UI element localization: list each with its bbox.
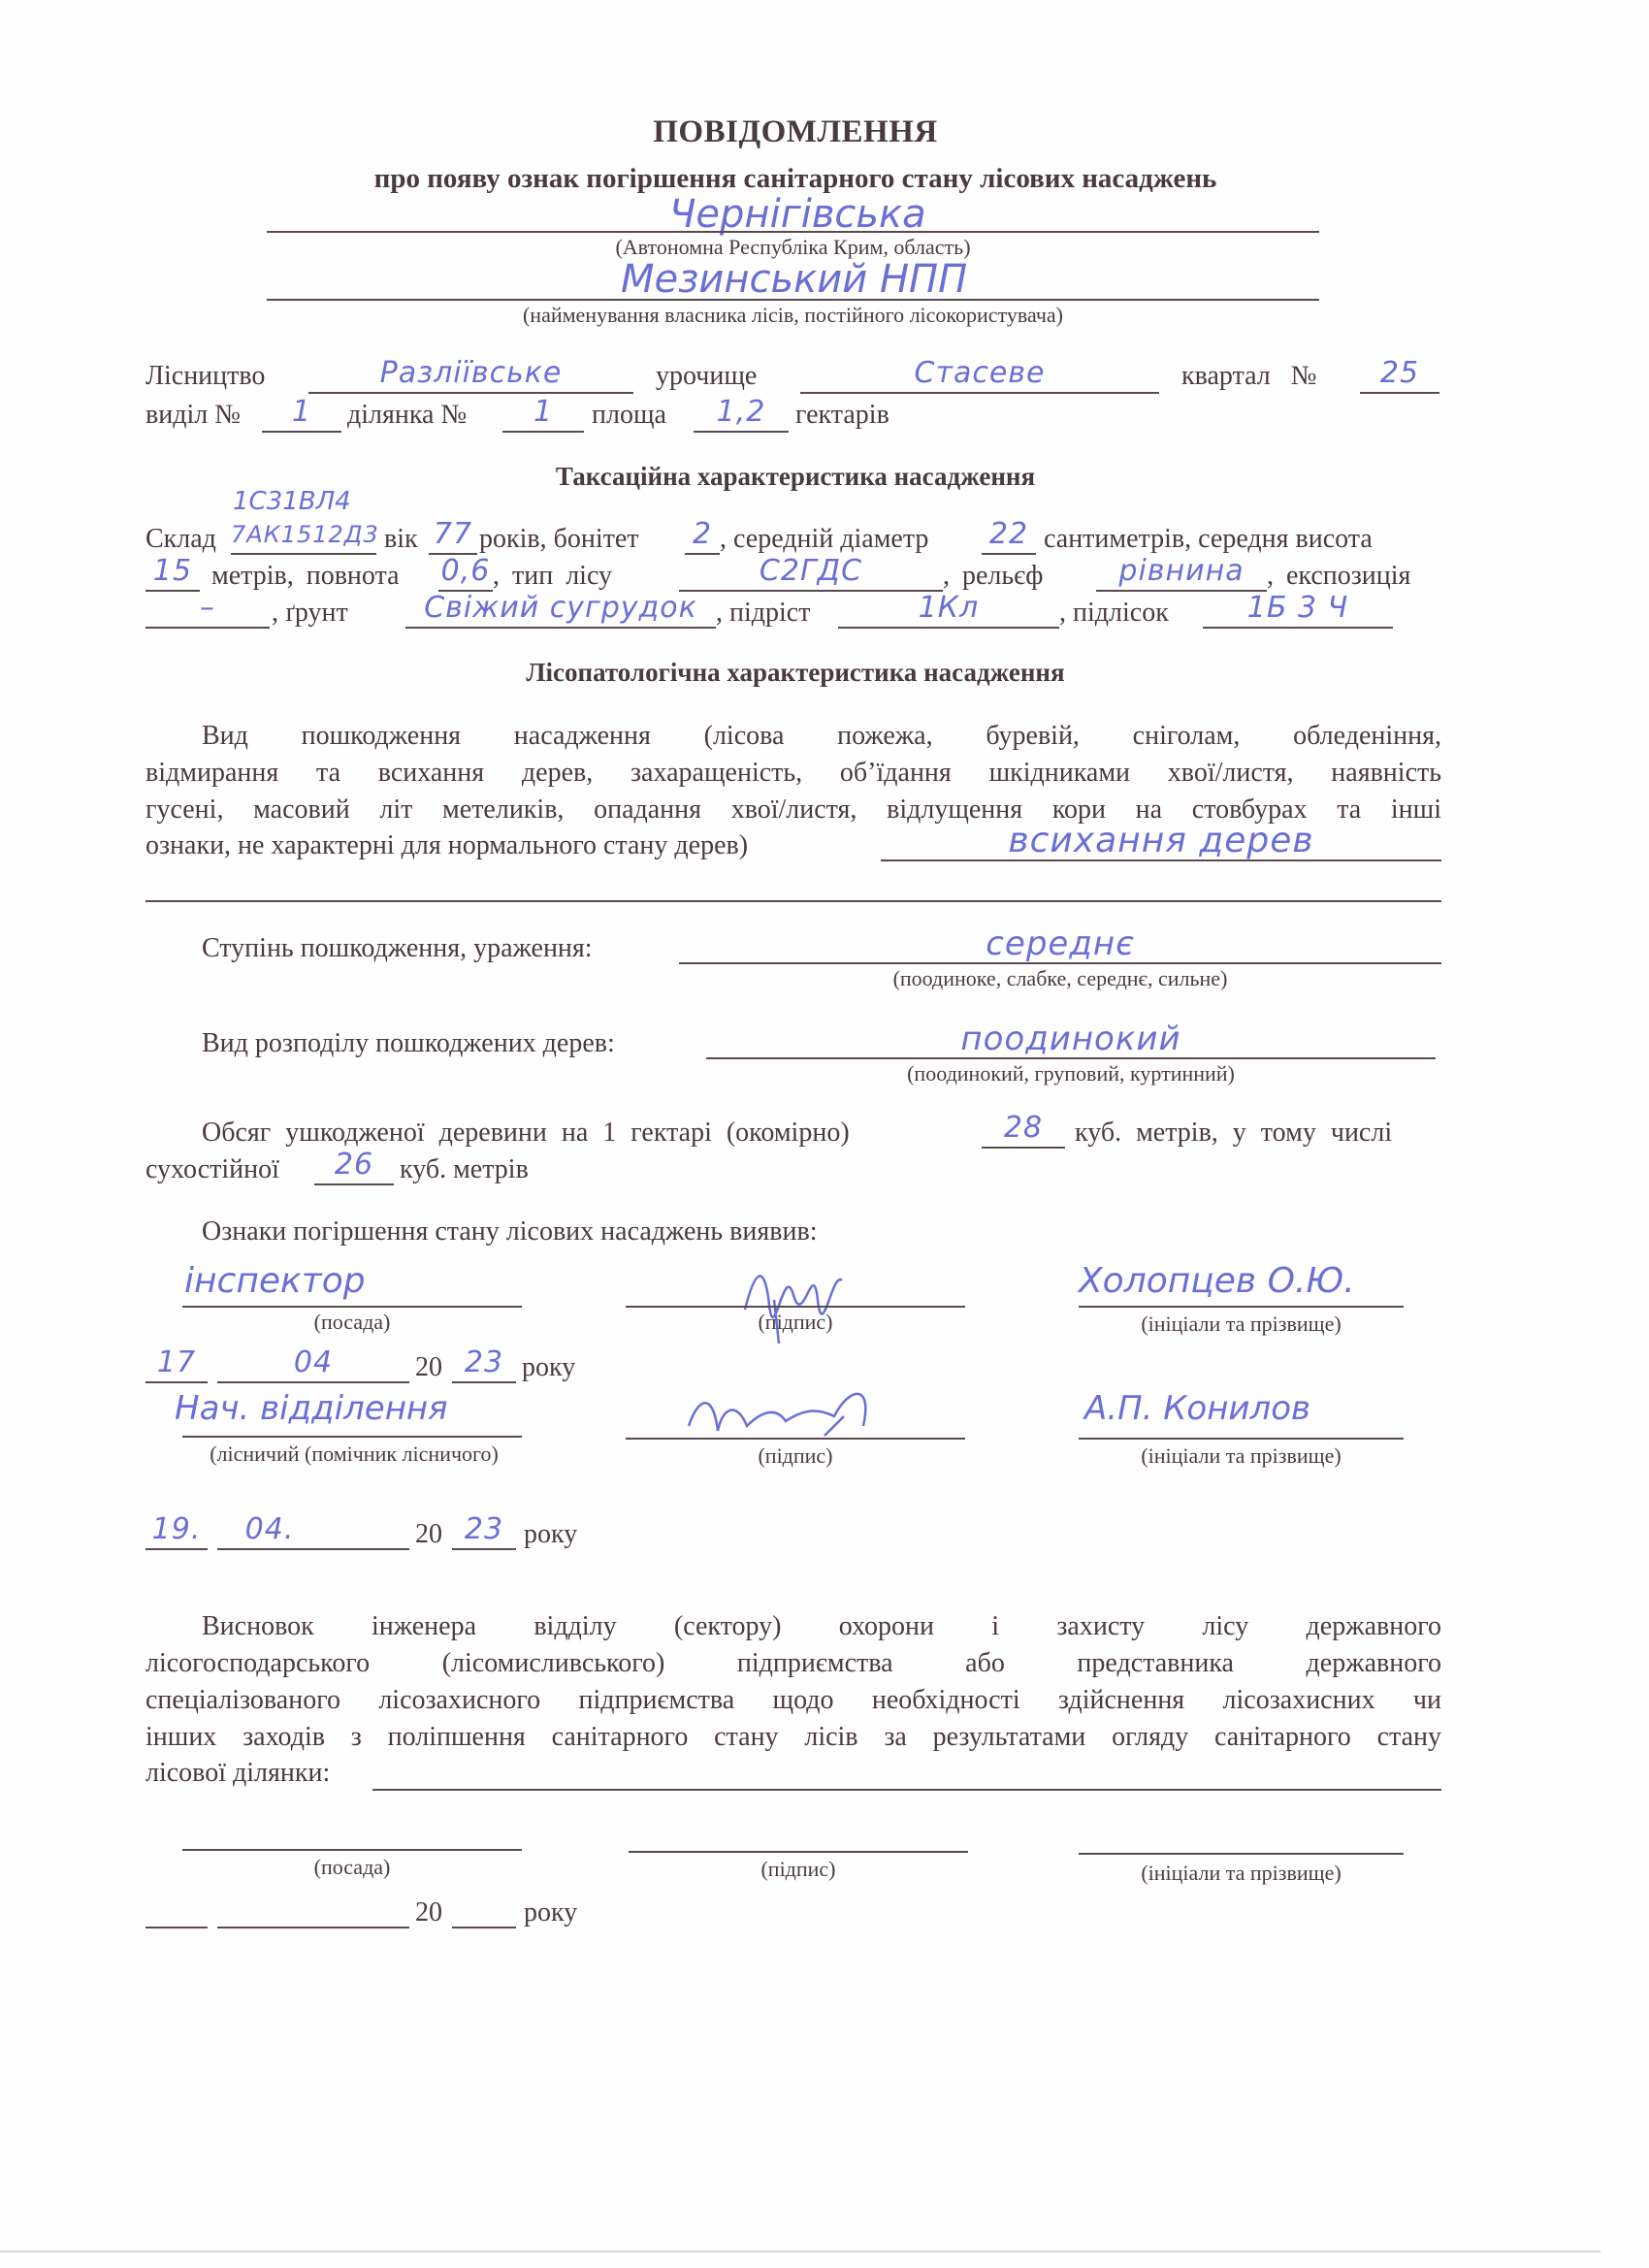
deadwood-label: сухостійної [145,1154,279,1185]
region-line [267,231,1319,233]
distribution-caption: (поодинокий, груповий, куртинний) [706,1061,1436,1086]
conclusion-date-day[interactable] [145,1894,208,1928]
height-value: 15 [153,554,192,588]
damage-type-line-1: Вид пошкодження насадження (лісова пожеж… [145,718,1441,755]
relief-field[interactable]: рівнина [1096,557,1267,592]
deadwood-value: 26 [335,1148,373,1182]
quarter-value: 25 [1380,356,1419,390]
detected-date-year[interactable]: 23 [452,1348,516,1383]
diameter-unit: сантиметрів, середня висота [1044,524,1373,555]
diameter-value: 22 [989,517,1028,551]
soil-label: , ґрунт [272,598,348,629]
damage-degree-label: Ступінь пошкодження, ураження: [202,933,593,964]
conclusion-date-year[interactable] [452,1894,516,1928]
owner-line [267,299,1319,301]
quarter-field[interactable]: 25 [1360,359,1439,394]
detected-signature-caption: (підпис) [626,1310,965,1335]
conclusion-line-2: лісогосподарського (лісомисливського) пі… [145,1645,1441,1682]
age-value: 77 [434,517,472,551]
conclusion-last-line: лісової ділянки: [145,1758,330,1789]
scan-edge-divider [0,2251,1600,2252]
conclusion-date-year-prefix: 20 [415,1897,442,1928]
forest-type-label: , тип лісу [493,561,612,592]
forester-date-year[interactable]: 23 [452,1515,516,1550]
detected-date-day[interactable]: 17 [145,1348,208,1383]
area-value: 1,2 [717,395,766,429]
relief-label: , рельєф [943,561,1043,592]
conclusion-field[interactable] [372,1756,1441,1791]
document-title: ПОВІДОМЛЕННЯ [0,114,1591,150]
forester-date-word: року [524,1519,577,1550]
undergrowth-value: 1Кл [919,591,980,625]
density-value: 0,6 [441,554,491,588]
owner-value[interactable]: Мезинський НПП [621,257,967,302]
forester-name-line [1079,1438,1404,1440]
distribution-label: Вид розподілу пошкоджених дерев: [202,1028,615,1059]
exposition-label: , експозиція [1267,561,1410,592]
undergrowth-field[interactable]: 1Кл [838,594,1059,629]
conclusion-signature-caption: (підпис) [629,1857,968,1882]
forester-date-year-prefix: 20 [415,1519,442,1550]
forester-date-day[interactable]: 19. [145,1515,208,1550]
tract-label: урочище [656,361,757,392]
detected-date-month[interactable]: 04 [217,1348,409,1383]
forester-date-month[interactable]: 04. [217,1515,409,1550]
volume-value: 28 [1004,1111,1043,1145]
soil-value: Свіжий сугрудок [424,591,697,625]
exposition-field[interactable]: – [145,594,270,629]
forester-name-caption: (ініціали та прізвище) [1079,1443,1404,1469]
detected-signature[interactable] [735,1251,871,1358]
conclusion-date-month[interactable] [217,1894,409,1928]
forest-type-field[interactable]: С2ГДС [679,557,943,592]
age-unit: років, бонітет [479,524,639,555]
conclusion-position-caption: (посада) [182,1855,522,1880]
damage-degree-value: середнє [986,924,1135,963]
diameter-label: , середній діаметр [720,524,928,555]
detected-name-value[interactable]: Холопцев О.Ю. [1079,1261,1355,1301]
damage-type-extra-line [145,900,1441,902]
density-field[interactable]: 0,6 [438,557,493,592]
conclusion-position-line[interactable] [182,1849,522,1851]
conclusion-line-3: спеціалізованого лісозахисного підприємс… [145,1682,1441,1719]
volume-text-2: куб. метрів, у тому числі [1075,1118,1392,1149]
deadwood-field[interactable]: 26 [314,1150,394,1185]
section-value: 1 [292,395,311,429]
forester-signature-line [626,1438,965,1440]
damage-degree-caption: (поодиноке, слабке, середнє, сильне) [679,966,1441,991]
composition-field[interactable]: 7АК1512Д3 [231,520,376,555]
detected-name-line [1079,1306,1404,1308]
section-label: виділ № [145,400,241,431]
deadwood-unit: куб. метрів [400,1154,529,1185]
plot-value: 1 [533,395,553,429]
forester-name-value[interactable]: А.П. Конилов [1084,1389,1310,1428]
composition-note[interactable]: 1С31ВЛ4 [233,487,351,516]
age-label: вік [384,524,418,555]
composition-label: Склад [145,524,216,555]
owner-caption: (найменування власника лісів, постійного… [267,303,1319,328]
area-unit: гектарів [795,400,889,431]
conclusion-name-caption: (ініціали та прізвище) [1079,1861,1404,1886]
pathology-heading: Лісопатологічна характеристика насадженн… [0,658,1591,688]
quarter-label: квартал № [1181,361,1316,392]
conclusion-signature-line[interactable] [629,1851,968,1853]
conclusion-line-4: інших заходів з поліпшення санітарного с… [145,1719,1441,1756]
detected-position-value[interactable]: інспектор [184,1261,366,1301]
tract-field[interactable]: Стасеве [800,359,1159,394]
document-subtitle: про появу ознак погіршення санітарного с… [0,163,1591,195]
detected-date-year-prefix: 20 [415,1352,442,1383]
relief-value: рівнина [1118,554,1244,588]
detected-date-word: року [522,1352,575,1383]
conclusion-name-line[interactable] [1079,1853,1404,1855]
forestry-field[interactable]: Разліївське [308,359,633,394]
conclusion-date-word: року [524,1897,577,1928]
damage-type-line-4: ознаки, не характерні для нормального ст… [145,830,748,861]
volume-text-1: Обсяг ушкодженої деревини на 1 гектарі (… [202,1118,850,1149]
underbrush-value: 1Б 3 Ч [1247,591,1348,625]
detected-position-line [182,1306,522,1308]
exposition-value: – [200,591,215,625]
bonitet-value: 2 [693,517,712,551]
damage-type-field[interactable]: всихання дерев [881,826,1441,861]
forestry-label: Лісництво [145,361,265,392]
detected-name-caption: (ініціали та прізвище) [1079,1312,1404,1337]
conclusion-line-1: Висновок інженера відділу (сектору) охор… [145,1608,1441,1645]
area-label: площа [592,400,666,431]
underbrush-label: , підлісок [1059,598,1169,629]
height-field[interactable]: 15 [145,557,200,592]
soil-field[interactable]: Свіжий сугрудок [405,594,716,629]
composition-value: 7АК1512Д3 [231,521,379,548]
forest-type-value: С2ГДС [760,554,862,588]
tract-value: Стасеве [915,356,1046,390]
volume-field[interactable]: 28 [982,1114,1065,1149]
undergrowth-label: , підріст [716,598,810,629]
damage-type-value: всихання дерев [1008,821,1313,860]
forester-position-caption: (лісничий (помічник лісничого) [155,1442,553,1467]
distribution-value: поодинокий [960,1020,1180,1058]
diameter-field[interactable]: 22 [982,520,1036,555]
forester-position-line [182,1436,522,1438]
detected-signature-line [626,1306,965,1308]
detected-label: Ознаки погіршення стану лісових насаджен… [202,1216,817,1247]
plot-label: ділянка № [347,400,467,431]
forester-signature-caption: (підпис) [626,1443,965,1469]
detected-position-caption: (посада) [182,1310,522,1335]
area-field[interactable]: 1,2 [694,398,789,433]
distribution-field[interactable]: поодинокий [706,1024,1436,1059]
forestry-value: Разліївське [380,356,563,390]
bonitet-field[interactable]: 2 [685,520,720,555]
forester-position-value[interactable]: Нач. відділення [175,1389,448,1428]
underbrush-field[interactable]: 1Б 3 Ч [1203,594,1393,629]
damage-degree-field[interactable]: середнє [679,929,1441,964]
plot-field[interactable]: 1 [502,398,584,433]
age-field[interactable]: 77 [429,520,477,555]
damage-type-line-2: відмирання та всихання дерев, захаращені… [145,755,1441,792]
section-field[interactable]: 1 [262,398,341,433]
height-unit: метрів, повнота [211,561,400,592]
